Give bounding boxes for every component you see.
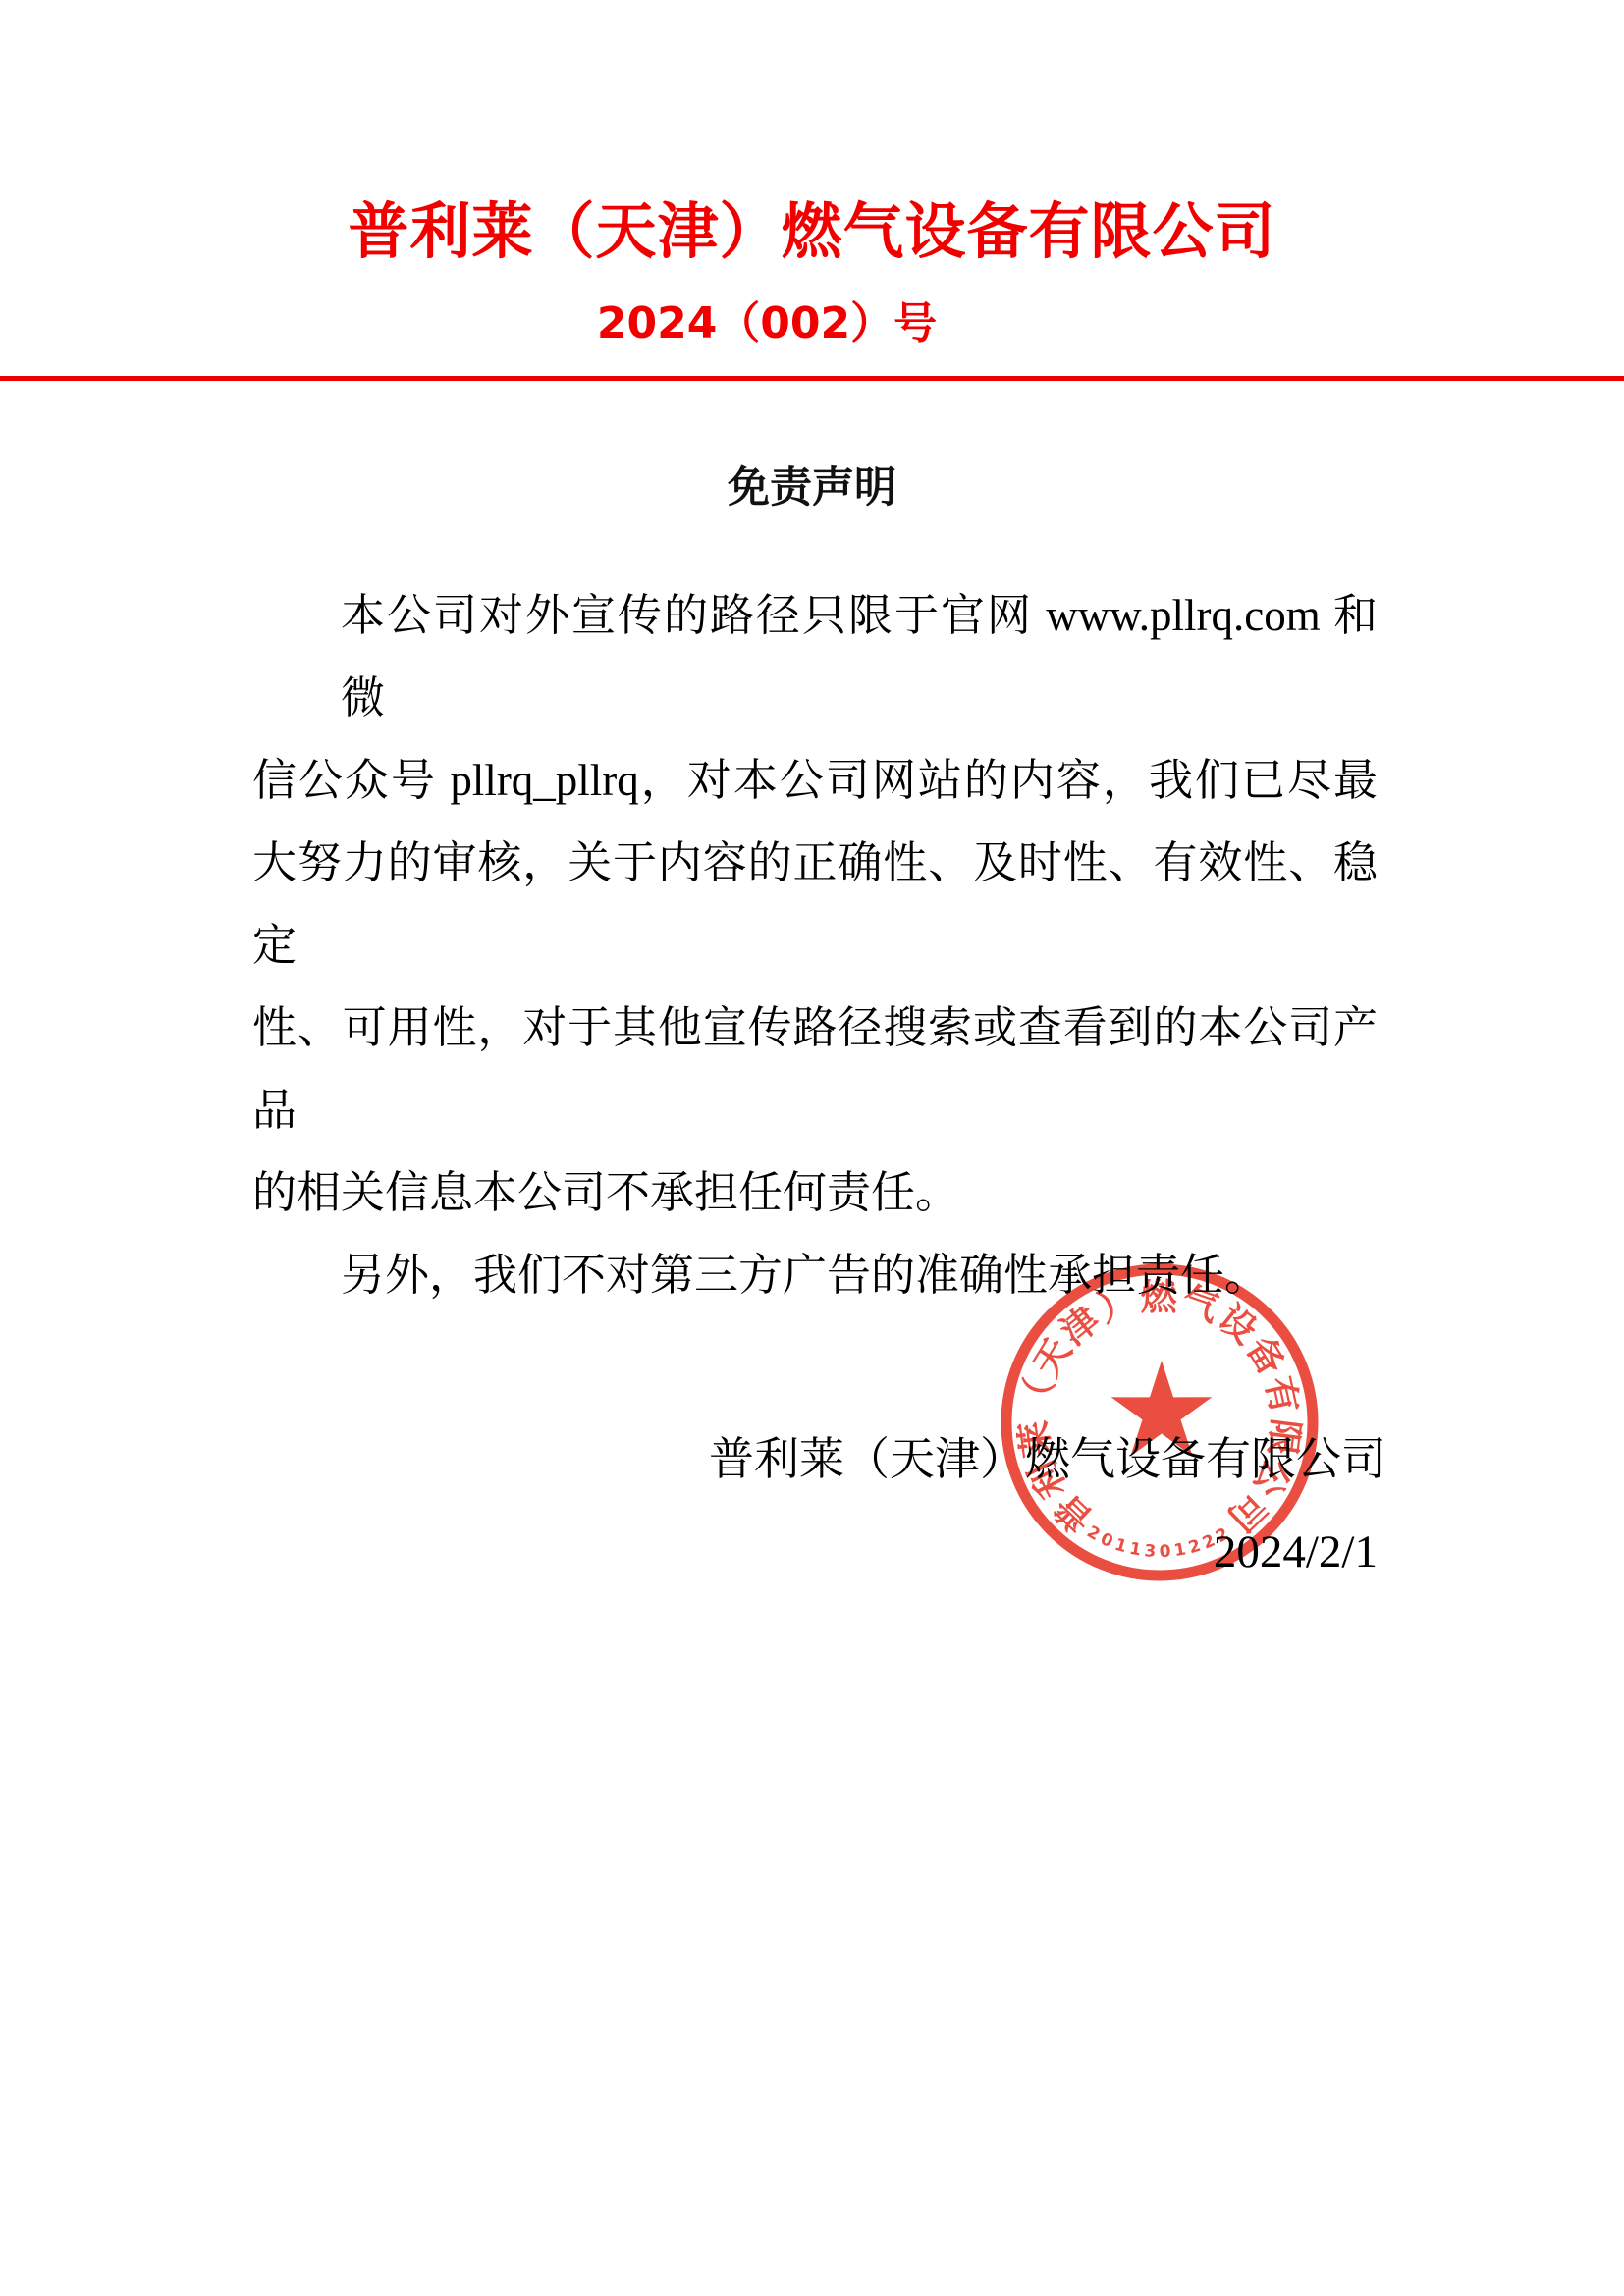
body-line-4: 性、可用性，对于其他宣传路径搜索或查看到的本公司产品: [252, 987, 1378, 1151]
disclaimer-body: 本公司对外宣传的路径只限于官网 www.pllrq.com 和微 信公众号 pl…: [252, 574, 1378, 1316]
body-line-5: 的相关信息本公司不承担任何责任。: [252, 1151, 1378, 1234]
letterhead-rule: [0, 376, 1624, 381]
star-icon: [1111, 1361, 1213, 1457]
doc-number: 2024（002）号: [0, 298, 1579, 349]
company-title: 普利莱（天津）燃气设备有限公司: [0, 196, 1624, 267]
company-seal-stamp: 普利莱（天津）燃气设备有限公司 120113012222: [993, 1255, 1326, 1589]
body-line-2: 信公众号 pllrq_pllrq，对本公司网站的内容，我们已尽最: [252, 739, 1378, 822]
body-line-1: 本公司对外宣传的路径只限于官网 www.pllrq.com 和微: [252, 574, 1378, 739]
document-page: { "header": { "company_title": "普利莱（天津）燃…: [0, 0, 1624, 2296]
body-line-3: 大努力的审核，关于内容的正确性、及时性、有效性、稳定: [252, 822, 1378, 987]
disclaimer-heading: 免责声明: [0, 463, 1624, 512]
